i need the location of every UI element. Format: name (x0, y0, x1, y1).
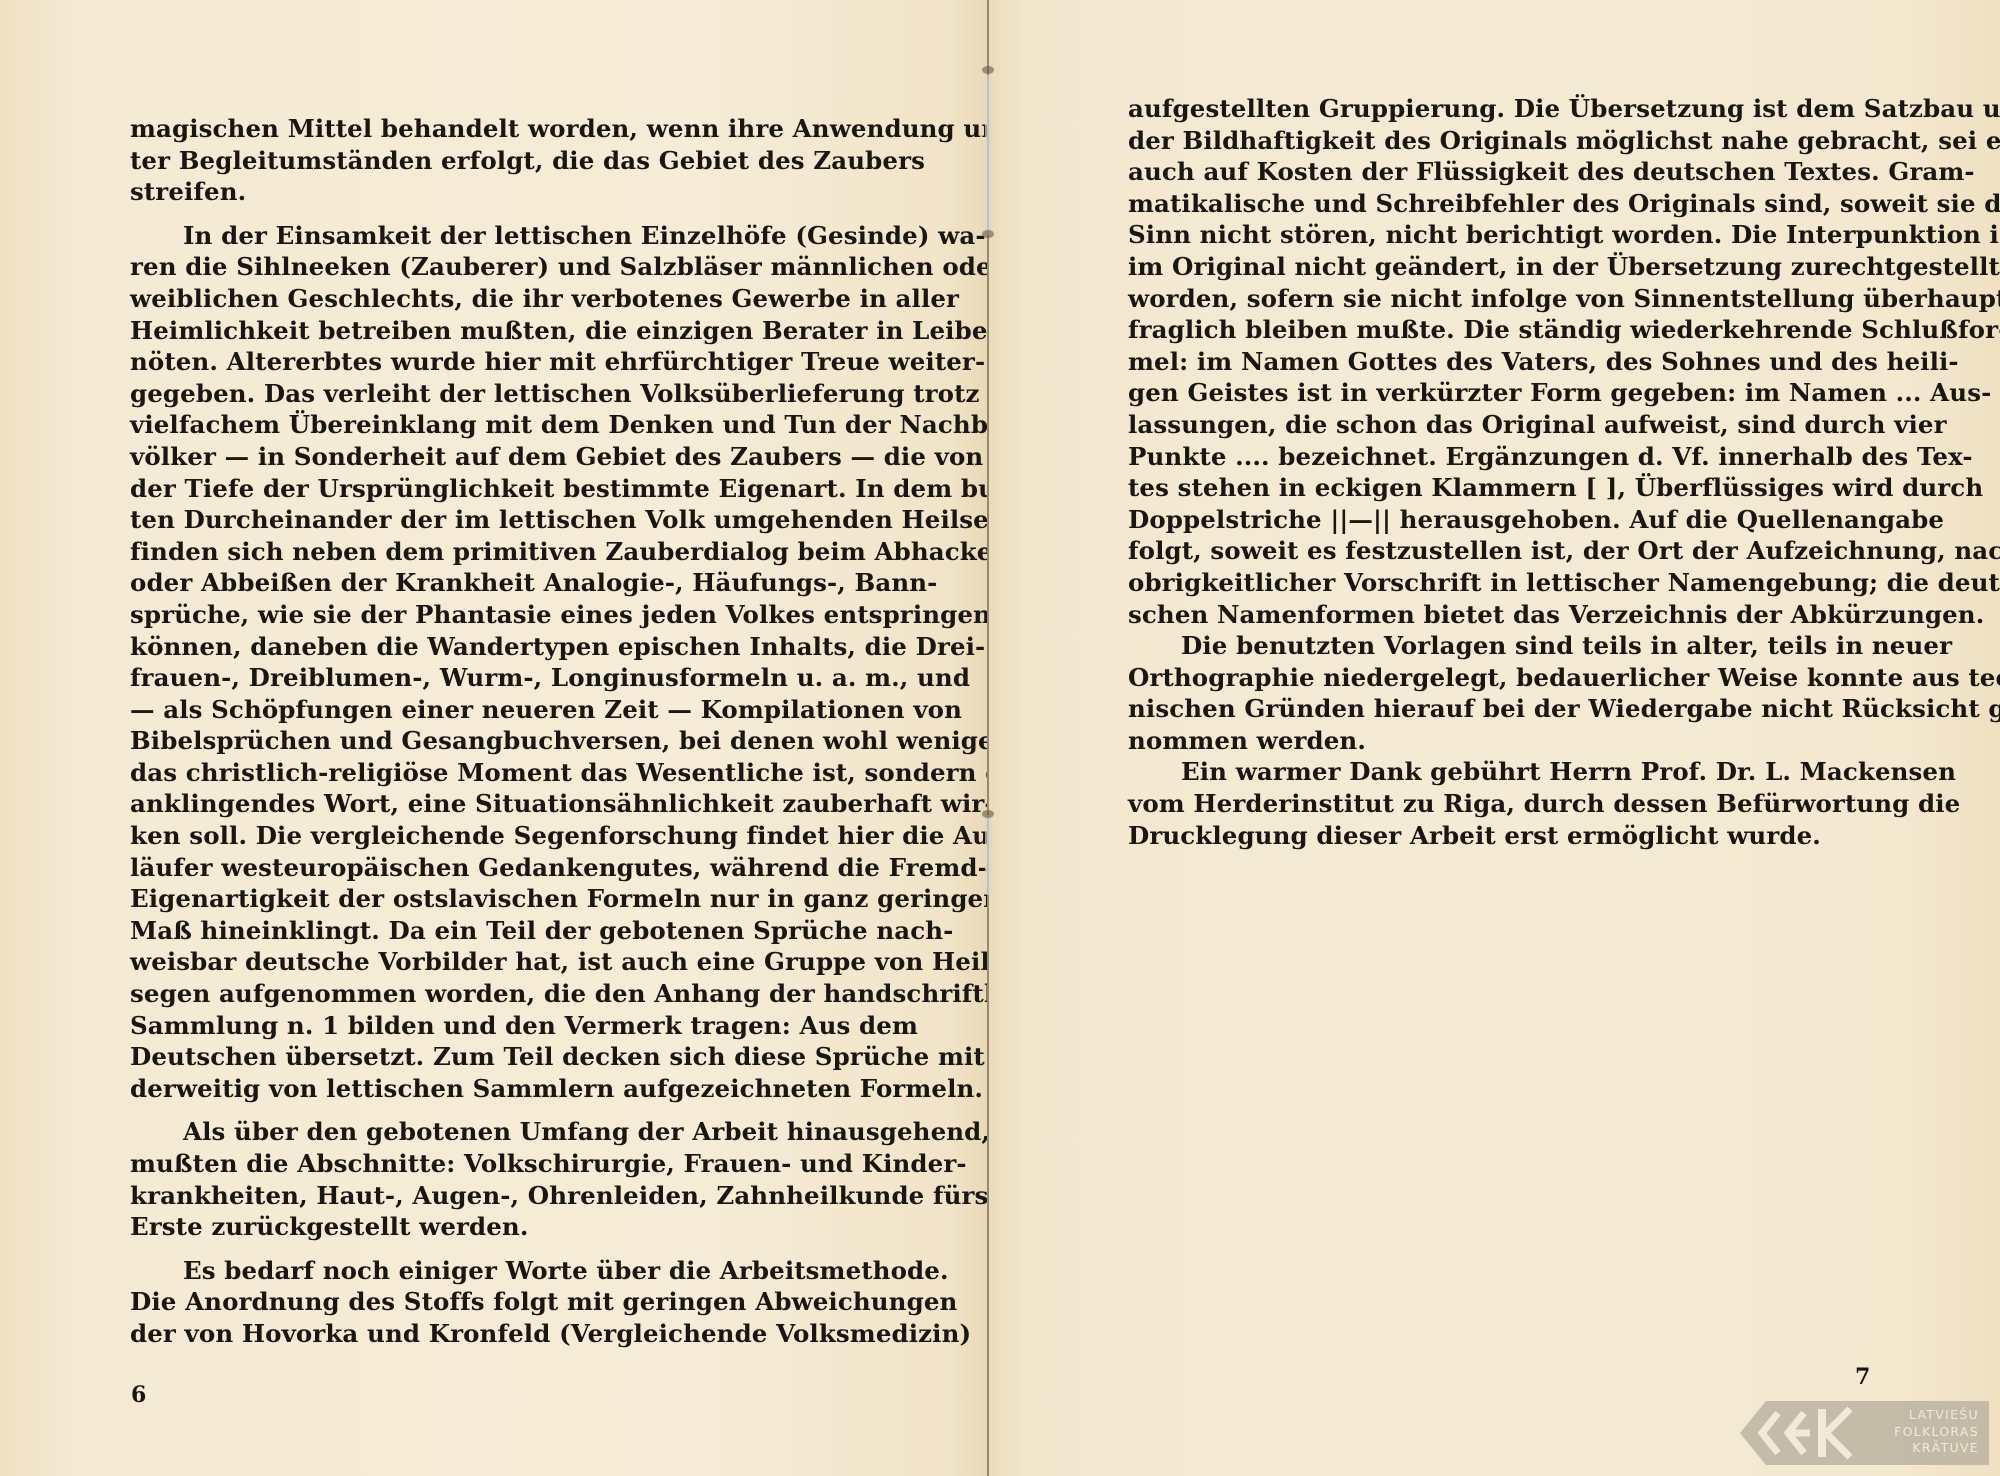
text-line: Drucklegung dieser Arbeit erst ermöglich… (1128, 820, 1856, 852)
lfk-logo-text: LATVIEŠU FOLKLORAS KRĀTUVE (1871, 1407, 1979, 1457)
text-line: läufer westeuropäischen Gedankengutes, w… (130, 852, 866, 884)
left-page-text: magischen Mittel behandelt worden, wenn … (130, 113, 866, 1350)
text-line: In der Einsamkeit der lettischen Einzelh… (130, 220, 866, 252)
text-line: obrigkeitlicher Vorschrift in lettischer… (1128, 567, 1856, 599)
text-line: vom Herderinstitut zu Riga, durch dessen… (1128, 788, 1856, 820)
text-line: finden sich neben dem primitiven Zauberd… (130, 536, 866, 568)
text-line: Als über den gebotenen Umfang der Arbeit… (130, 1116, 866, 1148)
text-line: der Bildhaftigkeit des Originals möglich… (1128, 125, 1856, 157)
text-line: Sammlung n. 1 bilden und den Vermerk tra… (130, 1010, 866, 1042)
text-line: Doppelstriche ||—|| herausgehoben. Auf d… (1128, 504, 1856, 536)
text-line: — als Schöpfungen einer neueren Zeit — K… (130, 694, 866, 726)
text-line: matikalische und Schreibfehler des Origi… (1128, 188, 1856, 220)
text-line: mußten die Abschnitte: Volkschirurgie, F… (130, 1148, 866, 1180)
text-line: ren die Sihlneeken (Zauberer) und Salzbl… (130, 251, 866, 283)
right-page: aufgestellten Gruppierung. Die Übersetzu… (987, 0, 2000, 1476)
text-line: Eigenartigkeit der ostslavischen Formeln… (130, 883, 866, 915)
text-line: lassungen, die schon das Original aufwei… (1128, 409, 1856, 441)
logo-line-3: KRĀTUVE (1871, 1440, 1979, 1457)
text-line: nöten. Altererbtes wurde hier mit ehrfür… (130, 346, 866, 378)
text-line: der Tiefe der Ursprünglichkeit bestimmte… (130, 473, 866, 505)
page-number-right: 7 (1855, 1364, 1870, 1390)
right-page-text: aufgestellten Gruppierung. Die Übersetzu… (1128, 93, 1856, 851)
text-line: sprüche, wie sie der Phantasie eines jed… (130, 599, 866, 631)
text-line: das christlich-religiöse Moment das Wese… (130, 757, 866, 789)
logo-line-2: FOLKLORAS (1871, 1424, 1979, 1441)
text-line: können, daneben die Wandertypen epischen… (130, 631, 866, 663)
gutter-stitch-top (982, 66, 994, 74)
text-line: streifen. (130, 176, 866, 208)
text-line: gegeben. Das verleiht der lettischen Vol… (130, 378, 866, 410)
text-line: im Original nicht geändert, in der Übers… (1128, 251, 1856, 283)
text-line: anklingendes Wort, eine Situationsähnlic… (130, 788, 866, 820)
text-line: aufgestellten Gruppierung. Die Übersetzu… (1128, 93, 1856, 125)
text-line: Heimlichkeit betreiben mußten, die einzi… (130, 315, 866, 347)
text-line: der von Hovorka und Kronfeld (Vergleiche… (130, 1318, 866, 1350)
text-line: fraglich bleiben mußte. Die ständig wied… (1128, 314, 1856, 346)
text-line: Die benutzten Vorlagen sind teils in alt… (1128, 630, 1856, 662)
text-line: derweitig von lettischen Sammlern aufgez… (130, 1073, 866, 1105)
text-line: nischen Gründen hierauf bei der Wiederga… (1128, 693, 1856, 725)
text-line: Deutschen übersetzt. Zum Teil decken sic… (130, 1041, 866, 1073)
text-line: Es bedarf noch einiger Worte über die Ar… (130, 1255, 866, 1287)
text-line: Ein warmer Dank gebührt Herrn Prof. Dr. … (1128, 756, 1856, 788)
text-line: Bibelsprüchen und Gesangbuchversen, bei … (130, 725, 866, 757)
text-line: ter Begleitumständen erfolgt, die das Ge… (130, 145, 866, 177)
gutter-stitch-upper (982, 230, 994, 238)
text-line: schen Namenformen bietet das Verzeichnis… (1128, 599, 1856, 631)
logo-line-1: LATVIEŠU (1871, 1407, 1979, 1424)
text-line: vielfachem Übereinklang mit dem Denken u… (130, 409, 866, 441)
text-line: magischen Mittel behandelt worden, wenn … (130, 113, 866, 145)
text-line: oder Abbeißen der Krankheit Analogie-, H… (130, 567, 866, 599)
paragraph-gap (130, 1104, 866, 1116)
text-line: frauen-, Dreiblumen-, Wurm-, Longinusfor… (130, 662, 866, 694)
book-spread: magischen Mittel behandelt worden, wenn … (0, 0, 2000, 1476)
text-line: worden, sofern sie nicht infolge von Sin… (1128, 283, 1856, 315)
text-line: Die Anordnung des Stoffs folgt mit gerin… (130, 1286, 866, 1318)
text-line: segen aufgenommen worden, die den Anhang… (130, 978, 866, 1010)
text-line: Sinn nicht stören, nicht berichtigt word… (1128, 219, 1856, 251)
text-line: völker — in Sonderheit auf dem Gebiet de… (130, 441, 866, 473)
text-line: Erste zurückgestellt werden. (130, 1211, 866, 1243)
paragraph-gap (130, 1243, 866, 1255)
text-line: Punkte .... bezeichnet. Ergänzungen d. V… (1128, 441, 1856, 473)
text-line: mel: im Namen Gottes des Vaters, des Soh… (1128, 346, 1856, 378)
gutter-tape (985, 75, 992, 235)
page-number-left: 6 (131, 1382, 146, 1408)
text-line: Orthographie niedergelegt, bedauerlicher… (1128, 662, 1856, 694)
paragraph-gap (130, 208, 866, 220)
text-line: ken soll. Die vergleichende Segenforschu… (130, 820, 866, 852)
text-line: weiblichen Geschlechts, die ihr verboten… (130, 283, 866, 315)
text-line: weisbar deutsche Vorbilder hat, ist auch… (130, 946, 866, 978)
text-line: ten Durcheinander der im lettischen Volk… (130, 504, 866, 536)
lfk-watermark-logo: LATVIEŠU FOLKLORAS KRĀTUVE (1740, 1401, 1989, 1465)
text-line: nommen werden. (1128, 725, 1856, 757)
left-page: magischen Mittel behandelt worden, wenn … (0, 0, 987, 1476)
text-line: auch auf Kosten der Flüssigkeit des deut… (1128, 156, 1856, 188)
text-line: Maß hineinklingt. Da ein Teil der gebote… (130, 915, 866, 947)
text-line: gen Geistes ist in verkürzter Form gegeb… (1128, 377, 1856, 409)
text-line: folgt, soweit es festzustellen ist, der … (1128, 535, 1856, 567)
gutter-stitch-middle (982, 810, 994, 818)
text-line: krankheiten, Haut-, Augen-, Ohrenleiden,… (130, 1180, 866, 1212)
gutter-tape (985, 815, 992, 895)
text-line: tes stehen in eckigen Klammern [ ], Über… (1128, 472, 1856, 504)
